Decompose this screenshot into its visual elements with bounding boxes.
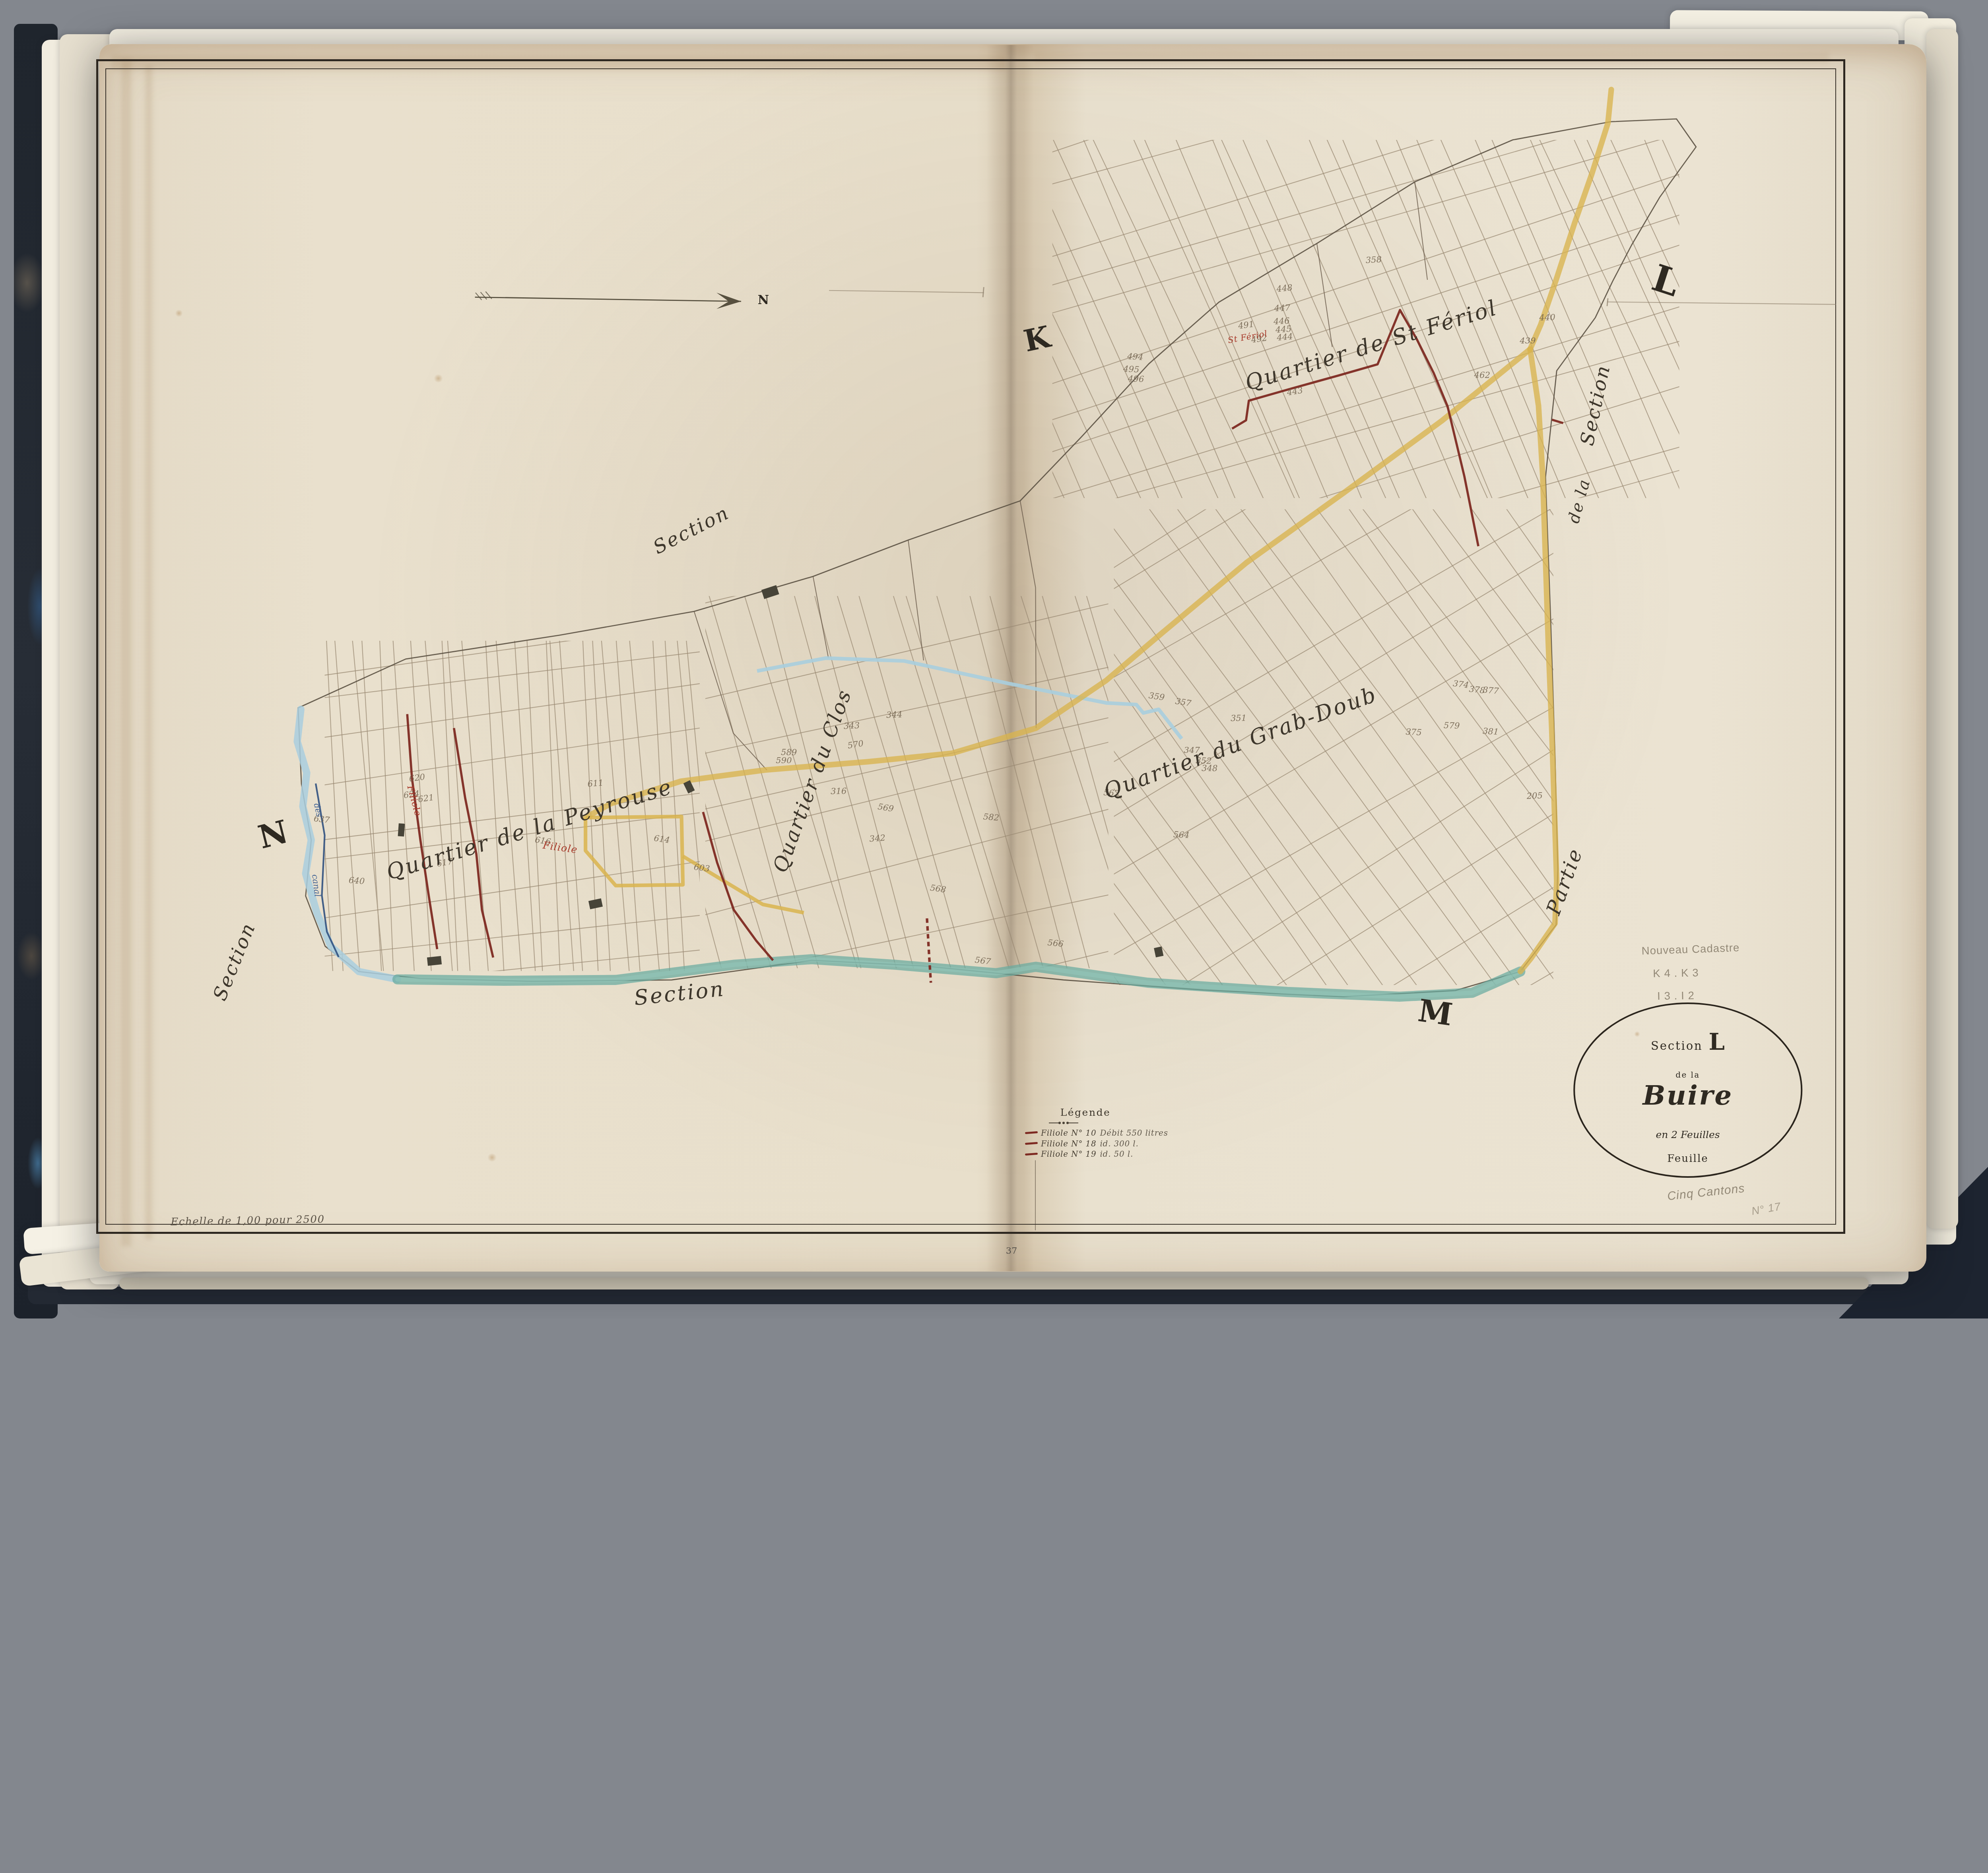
cartouche-feuille: Feuille [1667,1154,1708,1164]
svg-text:357: 357 [1175,696,1192,708]
title-cartouche: Section L de la Buire en 2 Feuilles Feui… [1573,1002,1802,1177]
section-letter-m: M [1416,995,1454,1031]
svg-text:342: 342 [869,833,886,844]
legend-item-value: Débit 550 litres [1100,1128,1168,1138]
legend-red-line [1025,1131,1037,1134]
svg-text:447: 447 [1274,302,1291,313]
svg-text:448: 448 [1276,282,1293,294]
svg-text:344: 344 [886,709,903,719]
svg-text:359: 359 [1148,690,1165,702]
legend-red-line [1025,1152,1037,1155]
svg-text:358: 358 [1365,254,1382,265]
svg-text:579: 579 [1444,720,1460,731]
legend-item-value: id. 300 l. [1100,1139,1138,1148]
legend-item-label: Filiole N° 18 [1041,1139,1096,1148]
svg-text:566: 566 [1047,937,1064,949]
pencil-note-cadastre: Nouveau Cadastre [1641,942,1740,956]
legend-red-line [1025,1142,1037,1145]
svg-text:374: 374 [1452,678,1470,690]
legend-item-label: Filiole N° 19 [1041,1149,1096,1159]
legend-item-label: Filiole N° 10 [1041,1128,1096,1138]
commune-name: Buire [1642,1082,1733,1109]
legend-item: Filiole N° 19 id. 50 l. [1025,1149,1134,1159]
legend-title: Légende [1060,1107,1111,1117]
svg-text:494: 494 [1126,351,1143,362]
pencil-note-i: I 3 . I 2 [1657,990,1695,1001]
svg-text:491: 491 [1237,319,1254,331]
cartouche-feuilles: en 2 Feuilles [1656,1130,1720,1140]
svg-text:375: 375 [1406,727,1422,737]
legend-ornament [1049,1122,1078,1124]
svg-text:640: 640 [348,875,365,886]
svg-text:440: 440 [1539,312,1555,322]
pencil-note-k: K 4 . K 3 [1653,968,1699,979]
svg-text:611: 611 [587,778,604,789]
svg-text:570: 570 [847,738,864,750]
cartouche-dela: de la [1675,1071,1700,1079]
svg-text:569: 569 [877,801,895,814]
svg-text:439: 439 [1519,335,1536,345]
page-number: 37 [1006,1246,1017,1255]
svg-text:590: 590 [776,755,792,765]
svg-text:377: 377 [1482,684,1499,696]
svg-text:564: 564 [1173,829,1190,840]
svg-text:443: 443 [1286,385,1304,397]
svg-text:351: 351 [1231,713,1247,723]
canal-label-des: des [313,803,323,818]
svg-text:496: 496 [1128,373,1144,384]
svg-text:614: 614 [653,833,670,845]
svg-text:603: 603 [693,862,711,874]
cartouche-section-word: Section [1651,1040,1703,1052]
svg-text:316: 316 [831,786,847,796]
atlas-photo: 5705695685675665825625645795895903163443… [0,0,1988,1318]
svg-text:621: 621 [417,792,435,804]
legend-item-value: id. 50 l. [1100,1149,1133,1159]
cartouche-section-letter: L [1709,1031,1725,1054]
scale-note: Echelle de 1,00 pour 2500 [171,1214,325,1227]
north-arrow-label: N [758,294,769,306]
legend-item: Filiole N° 18 id. 300 l. [1025,1139,1139,1148]
svg-text:381: 381 [1482,726,1499,737]
svg-text:582: 582 [983,811,1000,822]
svg-text:462: 462 [1474,370,1491,380]
svg-text:495: 495 [1123,364,1140,374]
svg-text:568: 568 [930,882,947,894]
svg-text:205: 205 [1526,790,1543,801]
legend-item: Filiole N° 10 Débit 550 litres [1025,1128,1168,1138]
svg-text:620: 620 [408,772,425,783]
svg-text:444: 444 [1276,331,1293,343]
svg-text:567: 567 [974,955,992,967]
